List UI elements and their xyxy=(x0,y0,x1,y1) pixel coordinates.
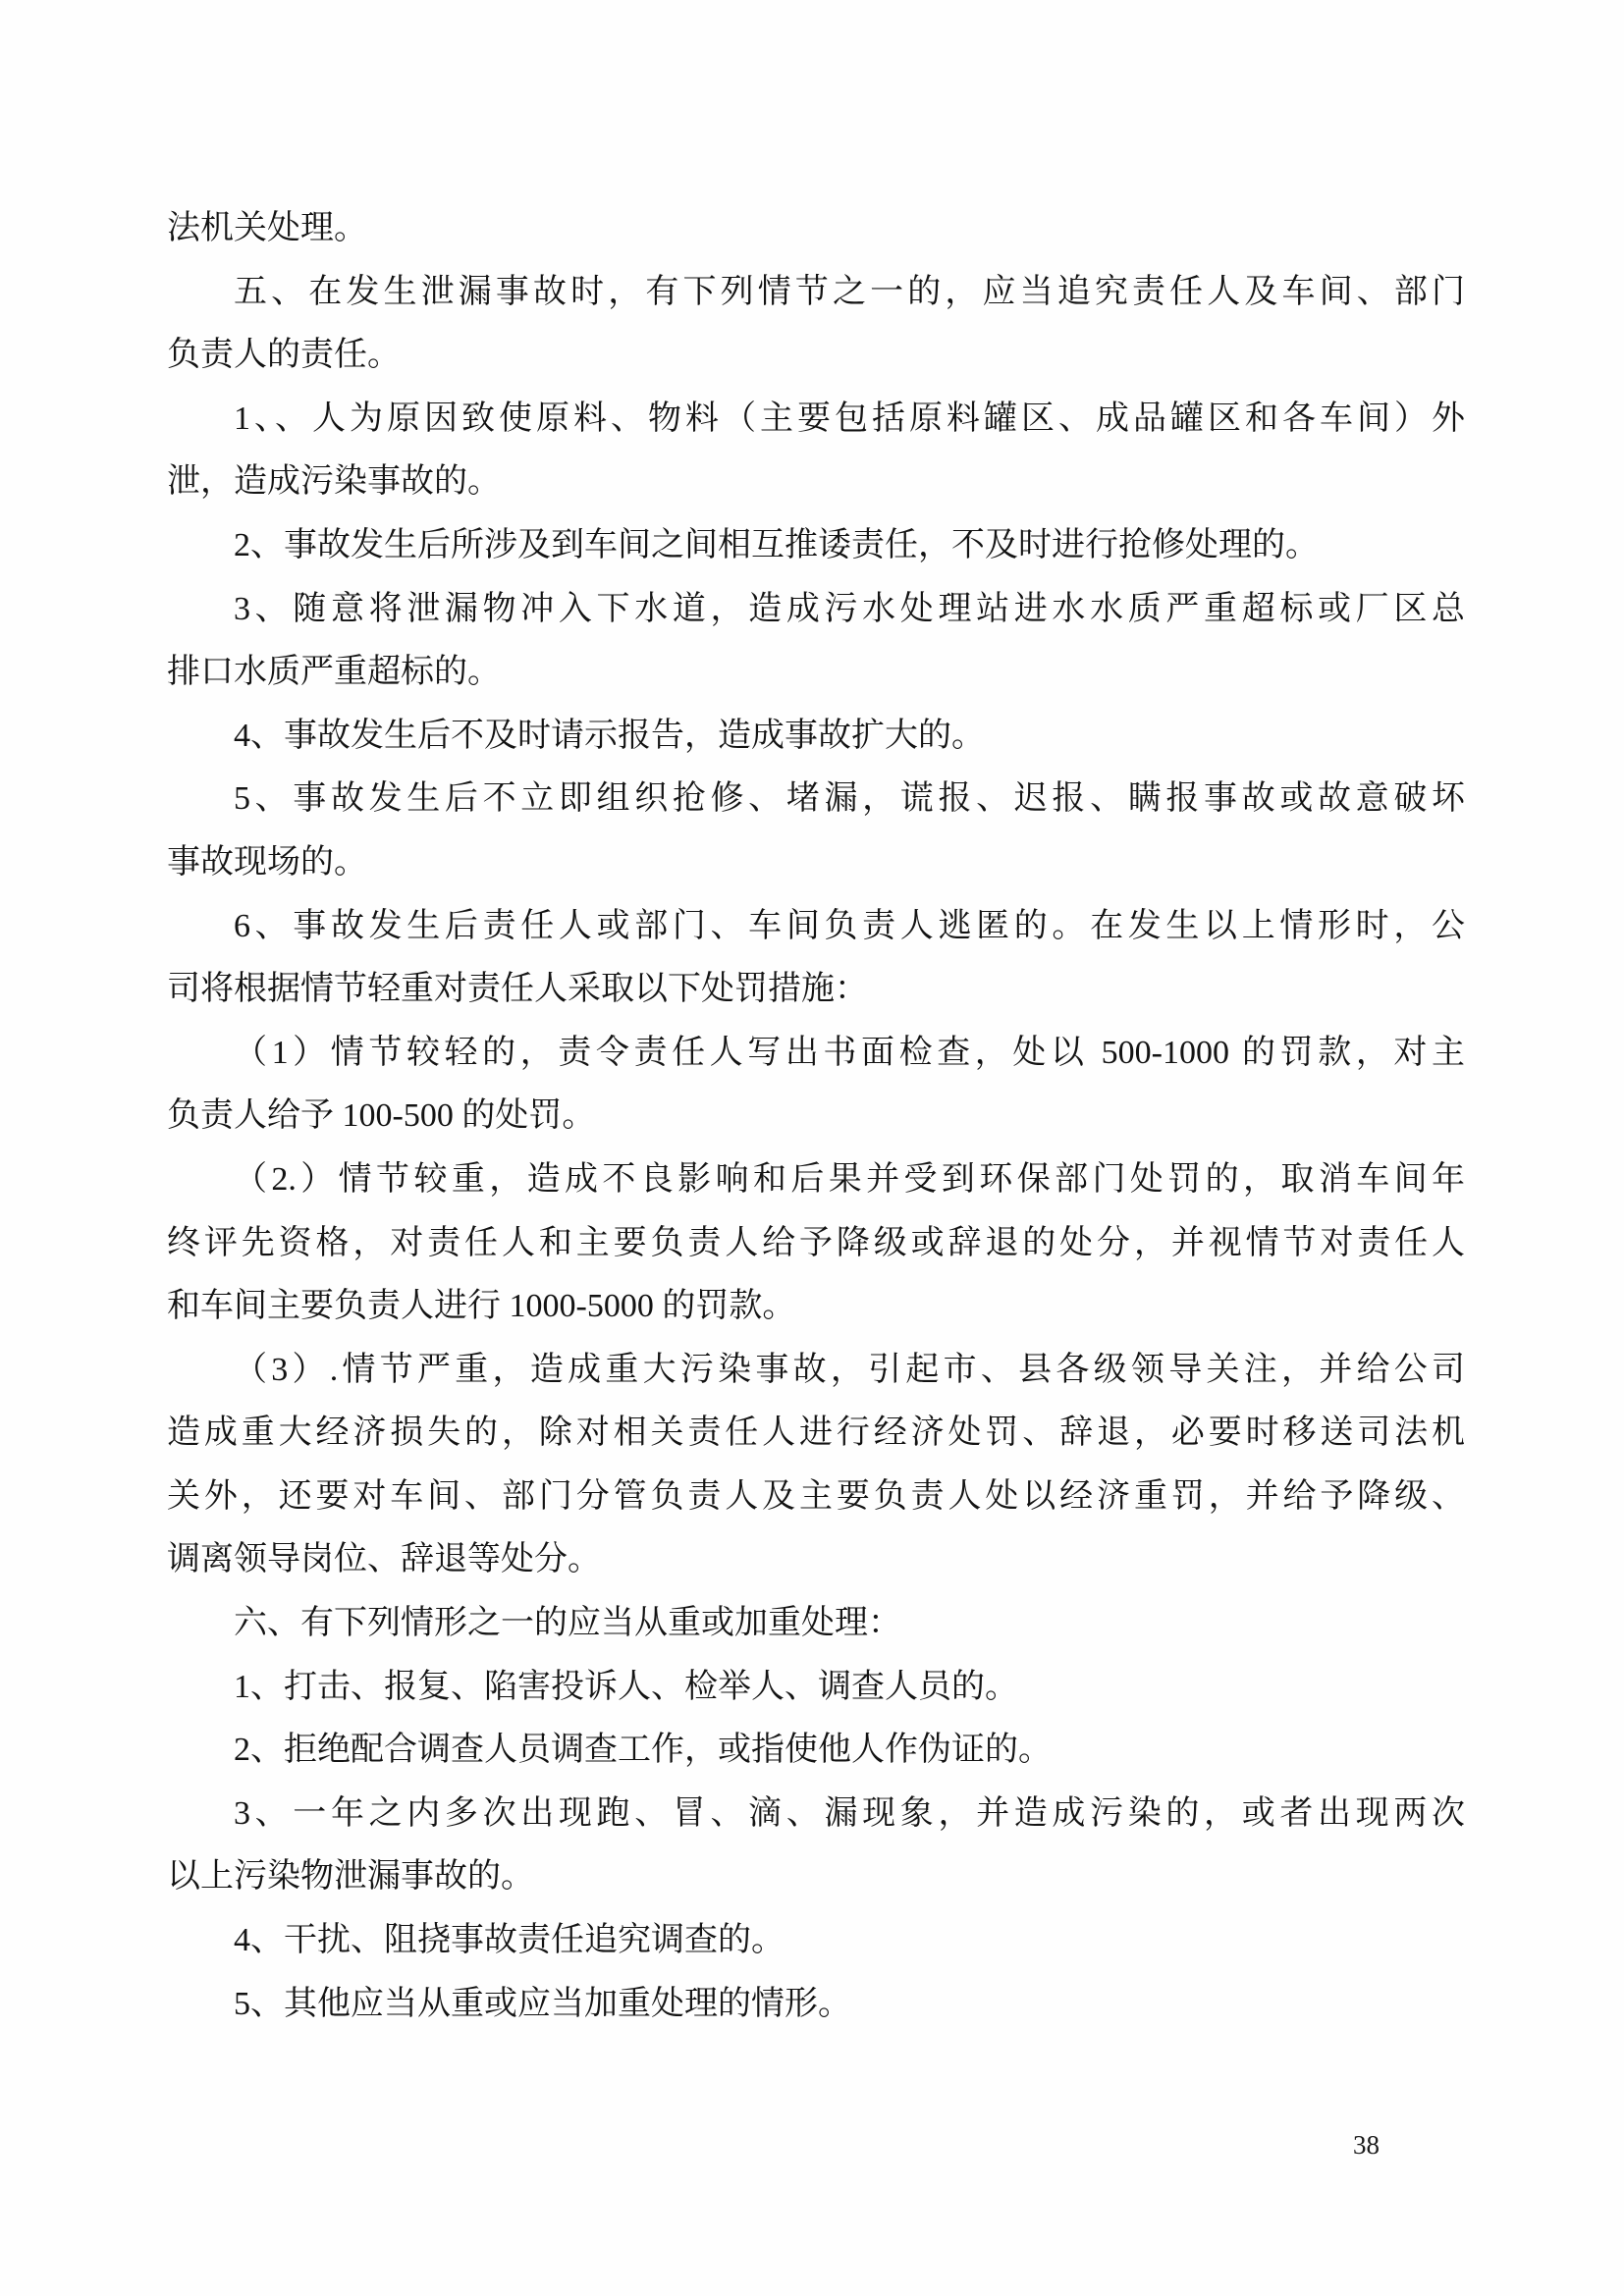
text-line: 终评先资格，对责任人和主要负责人给予降级或辞退的处分，并视情节对责任人 xyxy=(167,1212,1465,1276)
text-line: 司将根据情节轻重对责任人采取以下处罚措施： xyxy=(167,958,1465,1022)
text-line: 负责人的责任。 xyxy=(167,324,1465,388)
text-line: 关外，还要对车间、部门分管负责人及主要负责人处以经济重罚，并给予降级、 xyxy=(167,1466,1465,1529)
text-line: 造成重大经济损失的，除对相关责任人进行经济处罚、辞退，必要时移送司法机 xyxy=(167,1402,1465,1466)
text-line: 以上污染物泄漏事故的。 xyxy=(167,1845,1465,1909)
text-line: 3、一年之内多次出现跑、冒、滴、漏现象，并造成污染的，或者出现两次 xyxy=(167,1783,1465,1846)
document-body: 法机关处理。五、在发生泄漏事故时，有下列情节之一的，应当追究责任人及车间、部门负… xyxy=(167,197,1465,2036)
text-line: 5、其他应当从重或应当加重处理的情形。 xyxy=(167,1973,1465,2037)
text-line: 五、在发生泄漏事故时，有下列情节之一的，应当追究责任人及车间、部门 xyxy=(167,261,1465,325)
text-line: （3）.情节严重，造成重大污染事故，引起市、县各级领导关注，并给公司 xyxy=(167,1339,1465,1403)
text-line: 负责人给予 100-500 的处罚。 xyxy=(167,1085,1465,1148)
text-line: 2、事故发生后所涉及到车间之间相互推诿责任，不及时进行抢修处理的。 xyxy=(167,514,1465,578)
text-line: 1、、人为原因致使原料、物料（主要包括原料罐区、成品罐区和各车间）外 xyxy=(167,388,1465,452)
text-line: 6、事故发生后责任人或部门、车间负责人逃匿的。在发生以上情形时，公 xyxy=(167,895,1465,959)
page-number: 38 xyxy=(1353,2128,1380,2162)
text-line: 泄，造成污染事故的。 xyxy=(167,451,1465,514)
text-line: 法机关处理。 xyxy=(167,197,1465,261)
text-line: （1）情节较轻的，责令责任人写出书面检查，处以 500-1000 的罚款，对主 xyxy=(167,1022,1465,1086)
text-line: 调离领导岗位、辞退等处分。 xyxy=(167,1528,1465,1592)
text-line: 4、干扰、阻挠事故责任追究调查的。 xyxy=(167,1909,1465,1973)
text-line: 事故现场的。 xyxy=(167,831,1465,895)
text-line: 六、有下列情形之一的应当从重或加重处理： xyxy=(167,1592,1465,1656)
text-line: 和车间主要负责人进行 1000-5000 的罚款。 xyxy=(167,1275,1465,1339)
text-line: 2、拒绝配合调查人员调查工作，或指使他人作伪证的。 xyxy=(167,1719,1465,1783)
text-line: 3、随意将泄漏物冲入下水道，造成污水处理站进水水质严重超标或厂区总 xyxy=(167,578,1465,642)
text-line: 排口水质严重超标的。 xyxy=(167,641,1465,705)
text-line: 4、事故发生后不及时请示报告，造成事故扩大的。 xyxy=(167,705,1465,769)
text-line: （2.）情节较重，造成不良影响和后果并受到环保部门处罚的，取消车间年 xyxy=(167,1148,1465,1212)
text-line: 1、打击、报复、陷害投诉人、检举人、调查人员的。 xyxy=(167,1656,1465,1720)
text-line: 5、事故发生后不立即组织抢修、堵漏，谎报、迟报、瞒报事故或故意破坏 xyxy=(167,768,1465,831)
document-page: 法机关处理。五、在发生泄漏事故时，有下列情节之一的，应当追究责任人及车间、部门负… xyxy=(0,0,1624,2296)
